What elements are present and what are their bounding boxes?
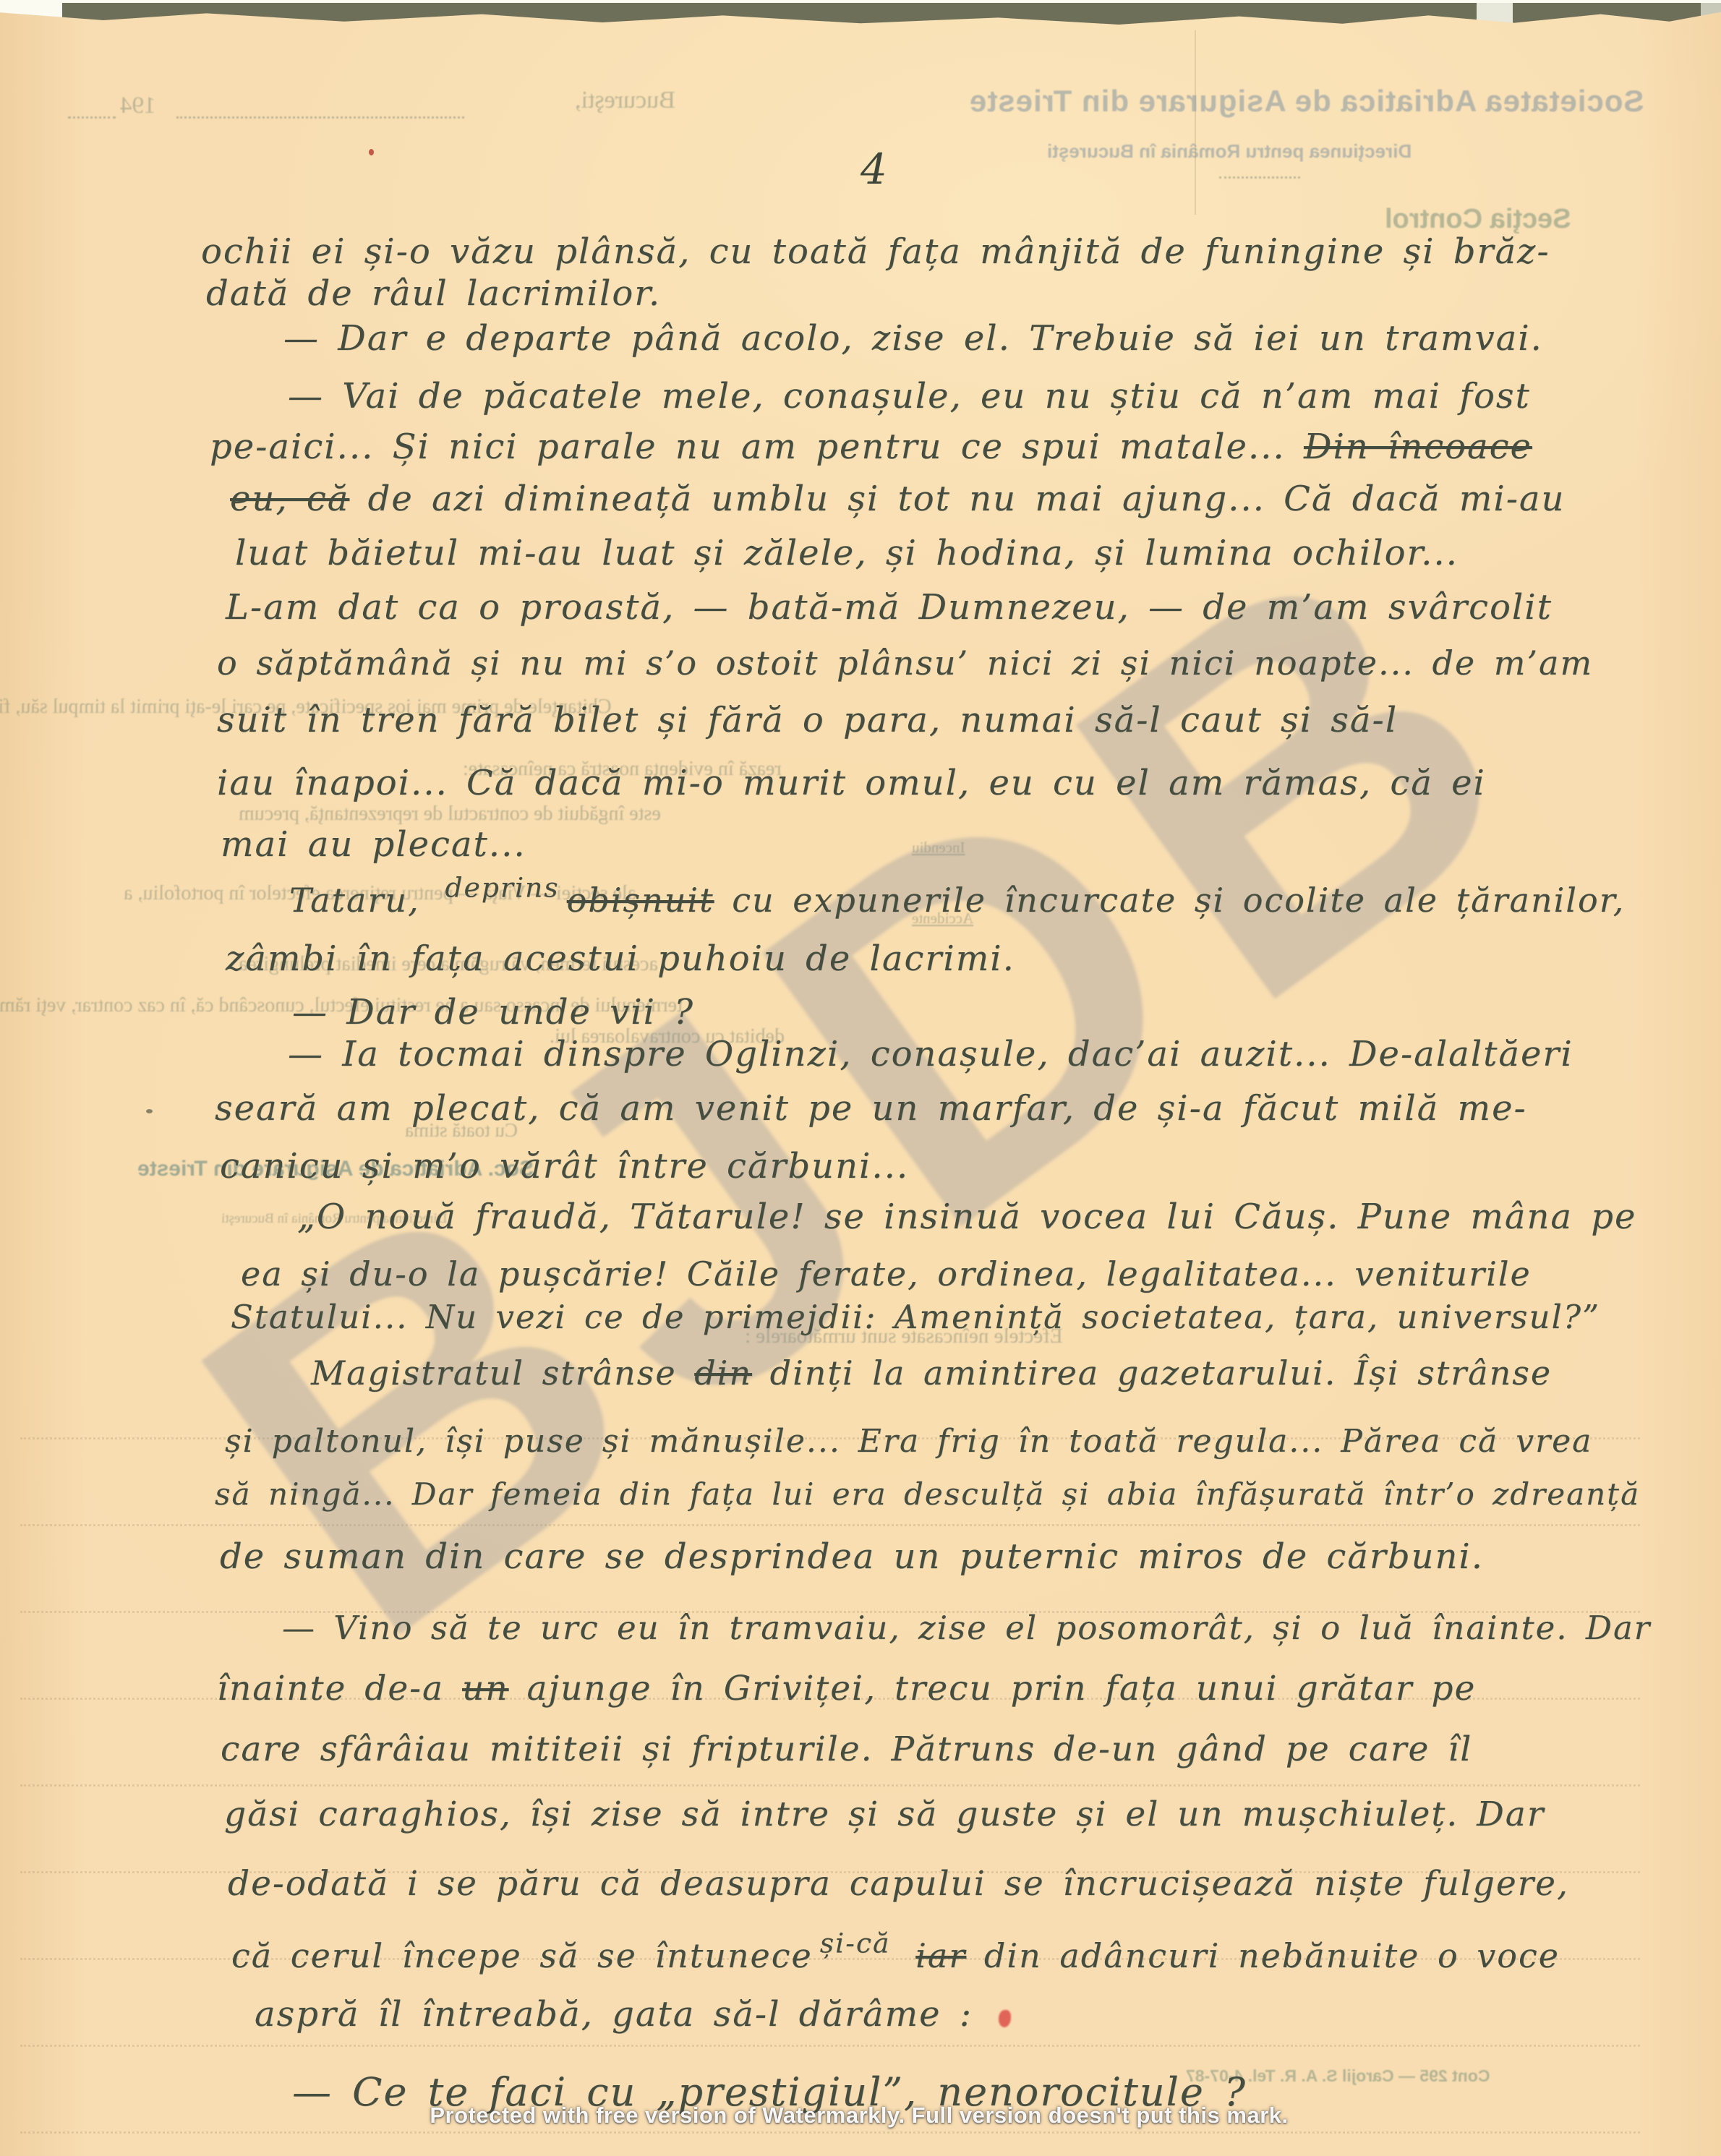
manuscript-line: canicu și m’o vărât între cărbuni...	[220, 1146, 909, 1186]
manuscript-line: luat băietul mi-au luat și zălele, și ho…	[235, 533, 1459, 573]
bleed-dotted-leader-short	[68, 93, 116, 119]
manuscript-line: — Ia tocmai dinspre Oglinzi, conașule, d…	[288, 1034, 1573, 1074]
bleed-city: Bucureşti,	[575, 87, 675, 114]
manuscript-line: zâmbi în fața acestui puhoiu de lacrimi.	[226, 938, 1015, 979]
manuscript-line: — Dar e departe până acolo, zise el. Tre…	[283, 318, 1543, 359]
manuscript-line: — Dar de unde vii ?	[292, 992, 694, 1032]
manuscript-line: găsi caraghios, își zise să intre și să …	[224, 1794, 1545, 1834]
manuscript-line: — Vino să te urc eu în tramvaiu, zise el…	[282, 1609, 1651, 1647]
manuscript-line: înainte de-a un ajunge în Griviței, trec…	[217, 1669, 1476, 1708]
manuscript-line: și paltonul, își puse și mănușile... Era…	[225, 1423, 1592, 1460]
bleed-dotted-rule	[20, 2045, 1640, 2047]
manuscript-line: care sfârâiau mititeii și fripturile. Pă…	[221, 1729, 1472, 1769]
manuscript-line: Tataru, deprinsobișnuit cu expunerile în…	[289, 881, 1625, 920]
manuscript-line: iau înapoi... Că dacă mi-o murit omul, e…	[217, 763, 1486, 803]
manuscript-line: pe-aici... Și nici parale nu am pentru c…	[210, 427, 1532, 467]
manuscript-line: de suman din care se desprindea un puter…	[220, 1536, 1484, 1577]
bleed-dotted-leader2	[1219, 158, 1300, 179]
manuscript-line: — Vai de păcatele mele, conașule, eu nu …	[288, 376, 1531, 416]
paper-crease	[1195, 30, 1196, 215]
red-ink-mark	[999, 2010, 1011, 2027]
manuscript-line: Statului... Nu vezi ce de primejdii: Ame…	[231, 1298, 1600, 1336]
bleed-dotted-rule	[20, 2131, 1640, 2134]
manuscript-line: o săptămână și nu mi s’o ostoit plânsu’ …	[217, 643, 1593, 683]
manuscript-line: aspră îl întreabă, gata să-l dărâme :	[255, 1994, 1011, 2035]
manuscript-line: ochii ei și-o văzu plânsă, cu toată fața…	[201, 231, 1550, 272]
manuscript-line: Magistratul strânse din dinți la amintir…	[311, 1353, 1552, 1393]
bleed-dotted-leader	[176, 93, 464, 119]
manuscript-line: de-odată i se păru că deasupra capului s…	[228, 1864, 1569, 1904]
manuscript-line: dată de râul lacrimilor.	[206, 273, 661, 314]
manuscript-line: suit în tren fără bilet și fără o para, …	[217, 700, 1398, 740]
manuscript-line: eu, că de azi dimineață umblu și tot nu …	[230, 479, 1565, 519]
manuscript-line: L-am dat ca o proastă, — bată-mă Dumneze…	[226, 587, 1553, 628]
manuscript-line: „O nouă fraudă, Tătarule! se insinuă voc…	[297, 1197, 1636, 1237]
ink-fleck	[146, 1109, 153, 1113]
watermarkly-banner: Protected with free version of Watermark…	[430, 2102, 1288, 2129]
scan-edge-dark	[0, 3, 1721, 25]
manuscript-line: seară am plecat, că am venit pe un marfa…	[215, 1088, 1527, 1129]
bleed-section-control: Secţia Control	[1385, 204, 1571, 235]
bleed-company-name: Societatea Adriatica de Asigurare din Tr…	[969, 84, 1644, 119]
manuscript-line: să ningă... Dar femeia din fața lui era …	[215, 1476, 1640, 1512]
manuscript-line: mai au plecat...	[221, 824, 526, 865]
page-number: 4	[860, 145, 887, 194]
bleed-year: 194	[120, 93, 156, 119]
manuscript-line: ea și du-o la pușcărie! Căile ferate, or…	[241, 1254, 1532, 1293]
manuscript-line: că cerul începe să se întuneceși-că iar …	[231, 1936, 1560, 1975]
red-ink-speck	[369, 149, 374, 155]
manuscript-page: Societatea Adriatica de Asigurare din Tr…	[0, 0, 1721, 2156]
